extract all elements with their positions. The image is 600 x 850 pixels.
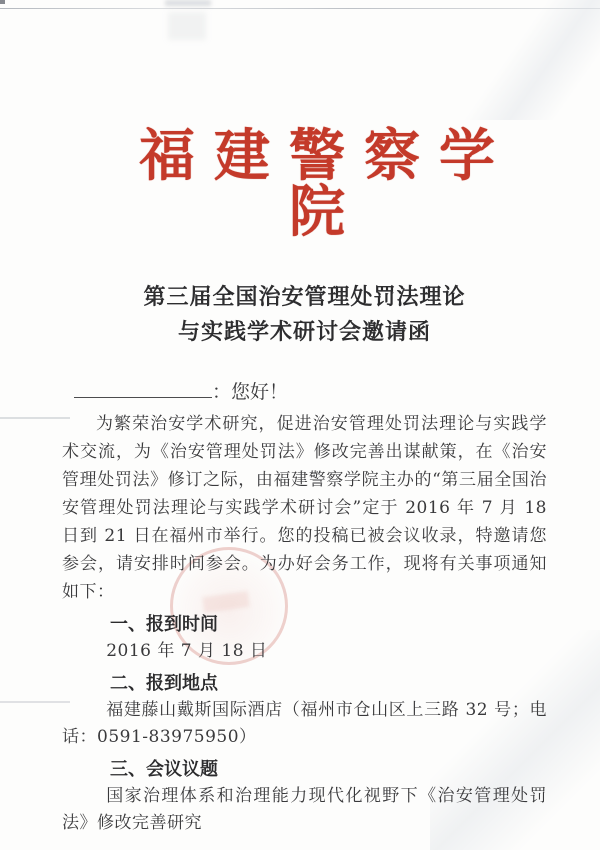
section-registration-place: 二、报到地点 福建藤山戴斯国际酒店（福州市仓山区上三路 32 号；电话：0591… bbox=[62, 671, 547, 751]
conference-title-line2: 与实践学术研讨会邀请函 bbox=[178, 320, 431, 345]
section-heading: 三、会议议题 bbox=[110, 757, 547, 782]
conference-title-line1: 第三届全国治安管理处罚法理论 bbox=[143, 285, 465, 310]
salutation-line: ：您好！ bbox=[62, 378, 547, 404]
section-heading: 二、报到地点 bbox=[110, 671, 547, 696]
letter-content: 福建警察学院 第三届全国治安管理处罚法理论 与实践学术研讨会邀请函 ：您好！ 为… bbox=[0, 128, 600, 837]
scan-smudge bbox=[168, 12, 206, 40]
section-registration-time: 一、报到时间 2016 年 7 月 18 日 bbox=[62, 612, 547, 665]
salutation-text: ：您好！ bbox=[212, 381, 288, 403]
scan-edge-line bbox=[0, 8, 600, 9]
recipient-blank-underline bbox=[74, 378, 212, 398]
letterhead-title: 福建警察学院 bbox=[106, 128, 547, 240]
intro-paragraph: 为繁荣治安学术研究，促进治安管理处罚法理论与实践学术交流，为《治安管理处罚法》修… bbox=[62, 410, 547, 606]
section-body: 国家治理体系和治理能力现代化视野下《治安管理处罚法》修改完善研究 bbox=[62, 783, 547, 837]
scanned-letter-page: 福建警察学院 第三届全国治安管理处罚法理论 与实践学术研讨会邀请函 ：您好！ 为… bbox=[0, 0, 600, 850]
section-heading: 一、报到时间 bbox=[110, 612, 547, 637]
scan-smudge bbox=[165, 0, 211, 6]
paper-fold-shadow-topright bbox=[400, 0, 600, 120]
section-body: 福建藤山戴斯国际酒店（福州市仓山区上三路 32 号；电话：0591-839759… bbox=[62, 697, 547, 751]
scan-speck bbox=[0, 0, 5, 4]
section-body: 2016 年 7 月 18 日 bbox=[62, 638, 547, 665]
conference-title: 第三届全国治安管理处罚法理论 与实践学术研讨会邀请函 bbox=[62, 280, 547, 350]
section-conference-topic: 三、会议议题 国家治理体系和治理能力现代化视野下《治安管理处罚法》修改完善研究 bbox=[62, 757, 547, 837]
